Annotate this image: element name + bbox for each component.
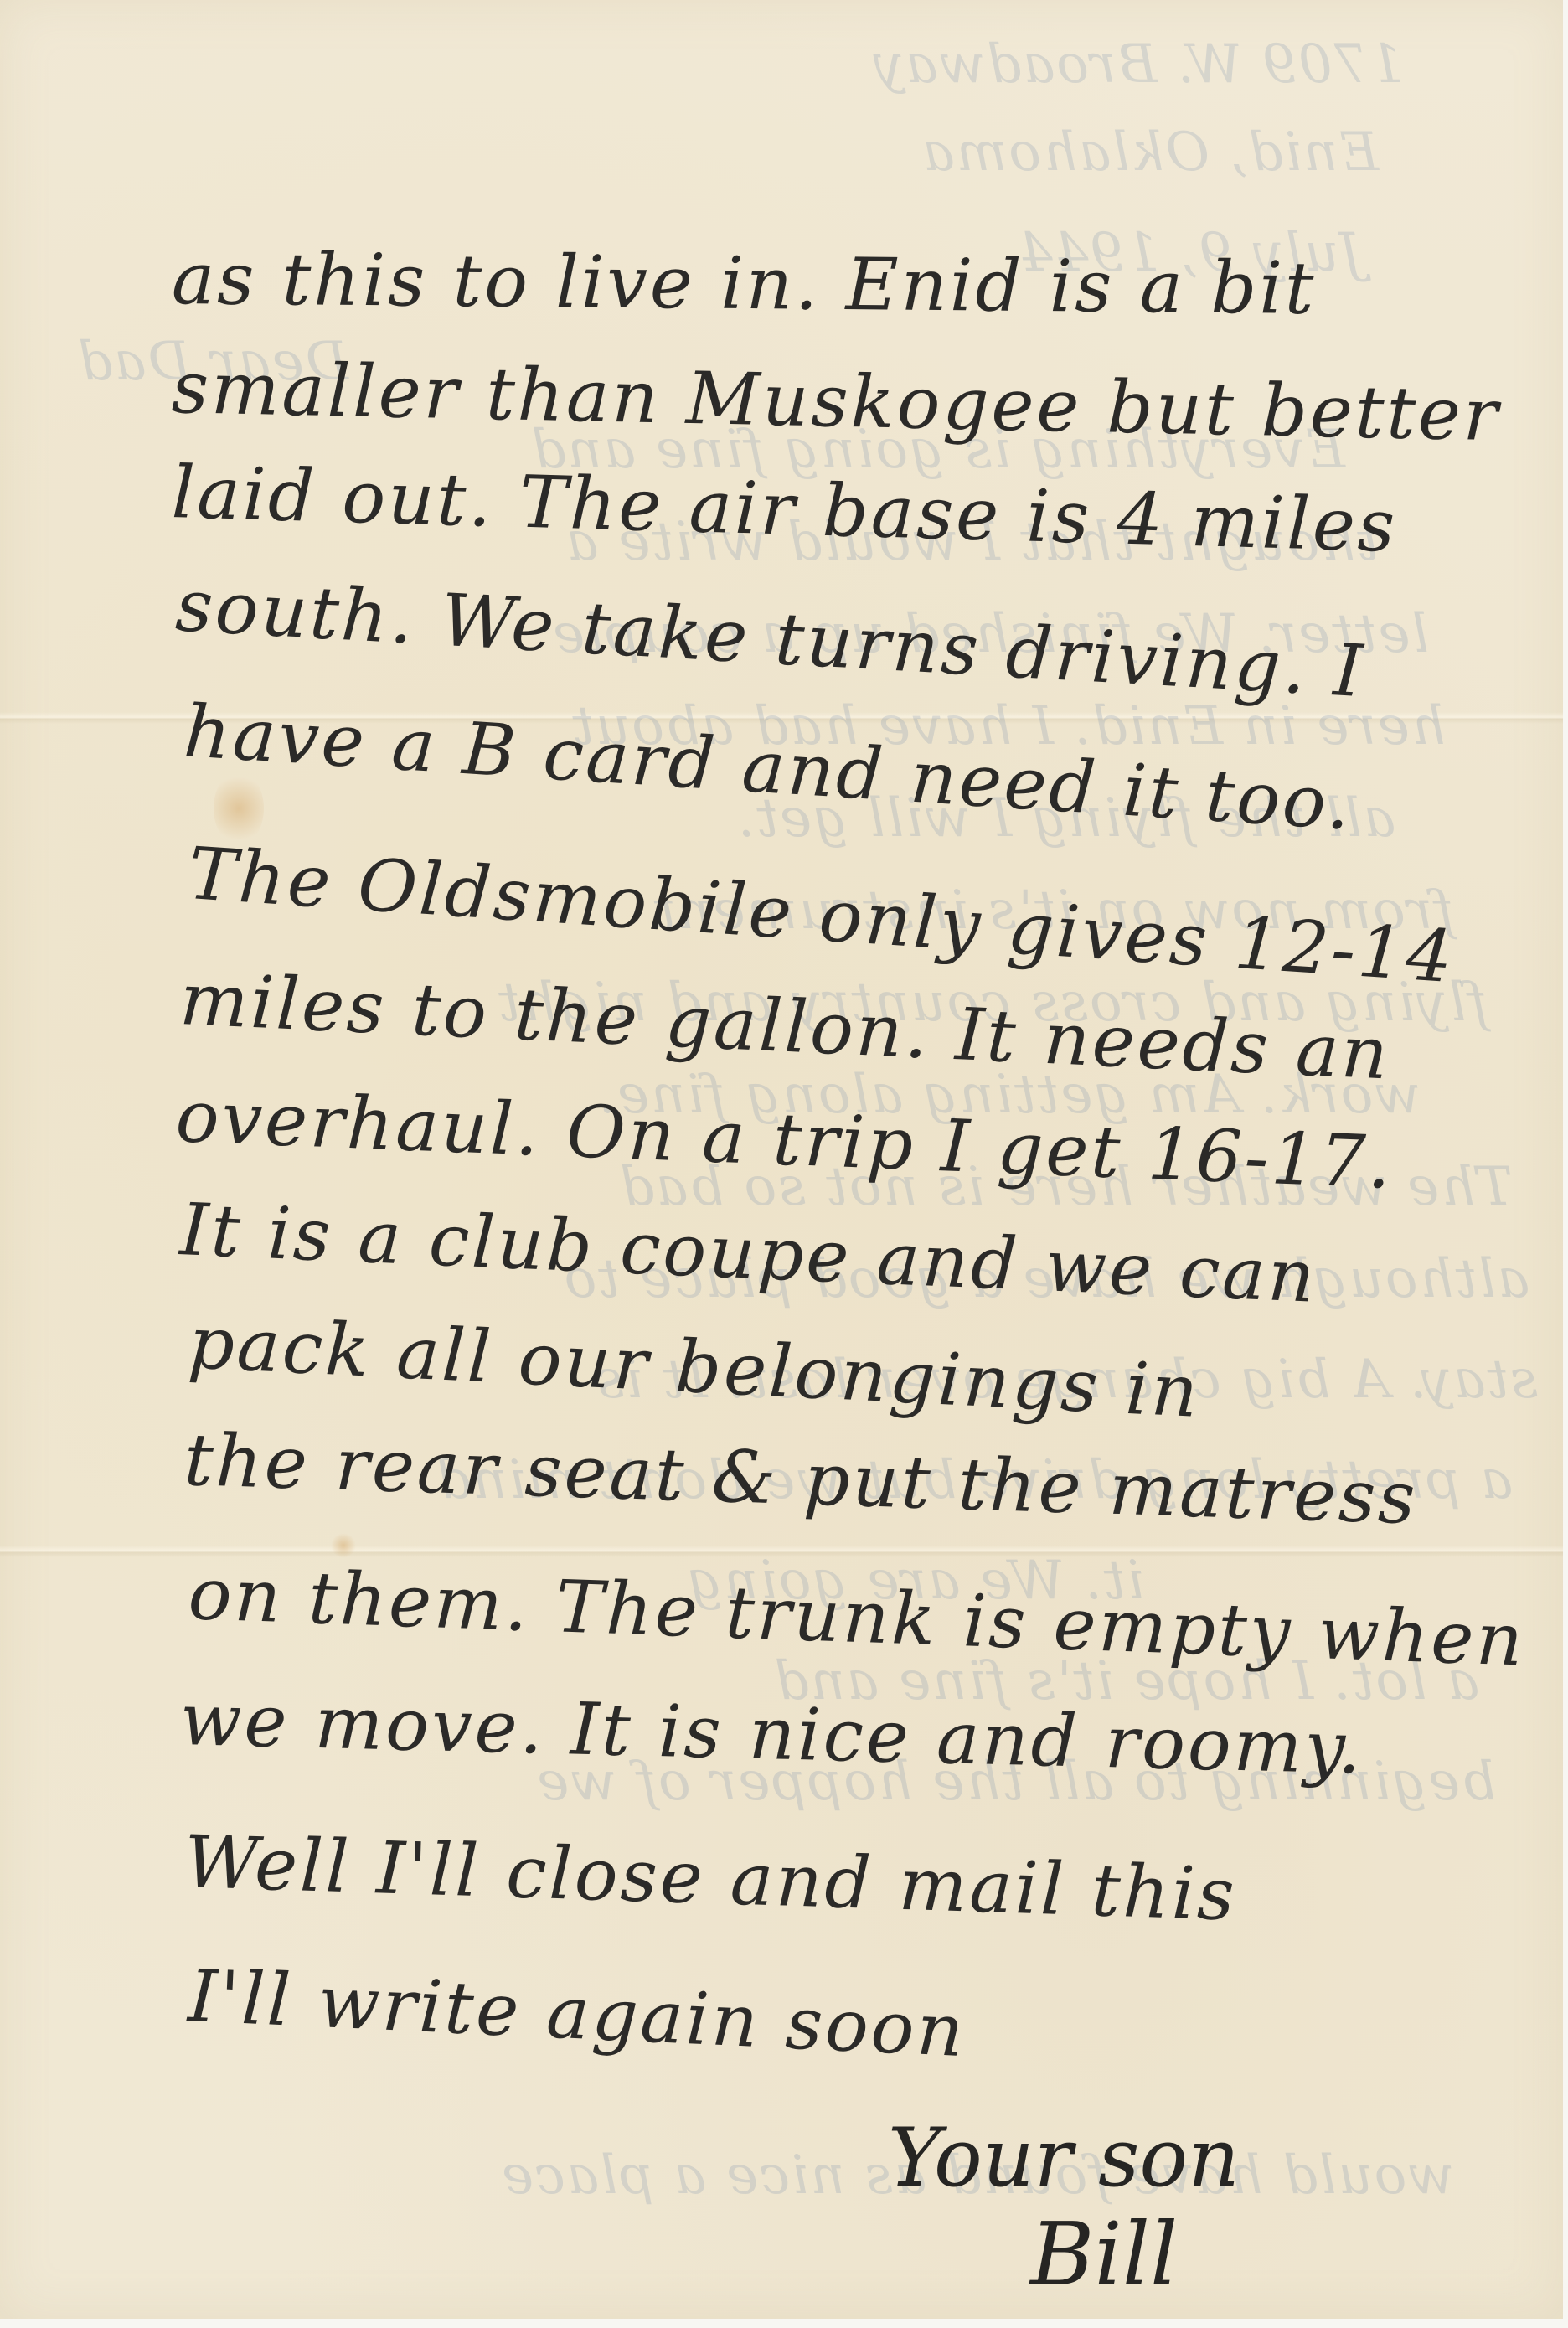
letter-line: overhaul. On a trip I get 16-17.	[174, 1081, 1395, 1200]
letter-line: pack all our belongings in	[187, 1307, 1202, 1428]
letter-line: Well I'll close and mail this	[183, 1826, 1238, 1931]
letter-page: 1709 W. Broadway Enid, Oklahoma July 9, …	[0, 0, 1563, 2319]
letter-line: smaller than Muskogee but better	[171, 352, 1501, 452]
bleed-header-address-1: 1709 W. Broadway	[872, 34, 1404, 95]
letter-line: laid out. The air base is 4 miles	[171, 457, 1398, 563]
letter-line: I'll write again soon	[187, 1960, 967, 2067]
letter-line: It is a club coupe and we can	[178, 1194, 1318, 1314]
letter-line: we move. It is nice and roomy.	[179, 1684, 1364, 1785]
bleed-header-address-2: Enid, Oklahoma	[921, 121, 1379, 183]
letter-line: south. We take turns driving. I	[174, 570, 1367, 708]
letter-line: on them. The trunk is empty when	[187, 1558, 1526, 1677]
letter-closing: Your son	[888, 2111, 1240, 2205]
letter-line: the rear seat & put the matress	[183, 1424, 1419, 1535]
letter-signature: Bill	[1030, 2203, 1178, 2305]
letter-line: as this to live in. Enid is a bit	[172, 243, 1317, 325]
paper-stain	[331, 1533, 356, 1558]
